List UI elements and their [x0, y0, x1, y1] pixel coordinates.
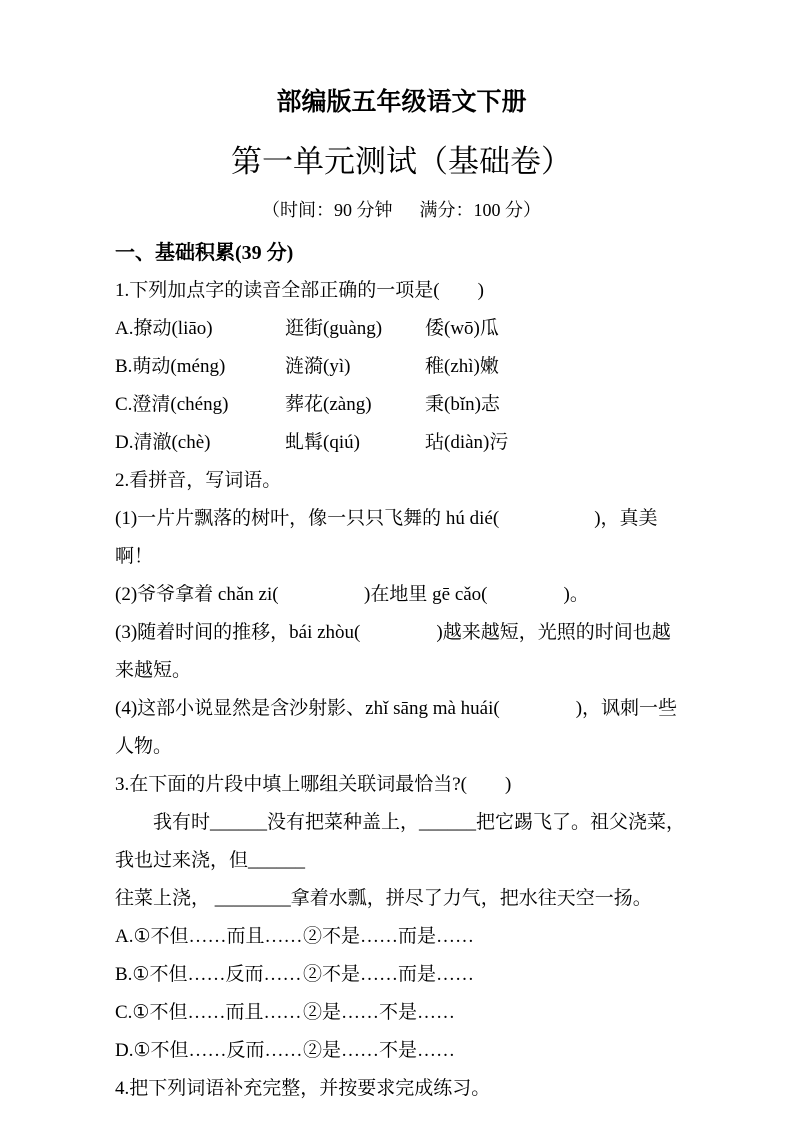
q1-option-row-a: A.撩动(liāo) 逛街(guàng) 倭(wō)瓜: [115, 310, 688, 348]
q3-option-b-pair-1: B.①不但……反而……: [115, 956, 303, 994]
q1-option-c-word-3: 秉(bǐn)志: [425, 386, 688, 424]
q1-option-d-word-2: 虬髯(qiú): [285, 424, 425, 462]
test-paper-page: 部编版五年级语文下册 第一单元测试（基础卷） （时间：90 分钟 满分：100 …: [0, 0, 794, 1123]
q1-option-b-word-2: 涟漪(yì): [285, 348, 425, 386]
question-2-stem: 2.看拼音，写词语。: [115, 462, 688, 500]
q2-item-3-line-1: (3)随着时间的推移，bái zhòu( )越来越短，光照的时间也越: [115, 614, 688, 652]
question-4-stem: 4.把下列词语补充完整，并按要求完成练习。: [115, 1070, 688, 1108]
q3-option-row-c: C.①不但……而且…… ②是……不是……: [115, 994, 688, 1032]
question-3-stem: 3.在下面的片段中填上哪组关联词最恰当?( ): [115, 766, 688, 804]
q3-passage-line-2: 我也过来浇，但______: [115, 842, 688, 880]
q3-option-c-pair-1: C.①不但……而且……: [115, 994, 303, 1032]
q1-option-a-word-2: 逛街(guàng): [285, 310, 425, 348]
q3-option-row-a: A.①不但……而且…… ②不是……而是……: [115, 918, 688, 956]
question-1-stem: 1.下列加点字的读音全部正确的一项是( ): [115, 272, 688, 310]
test-body: 一、基础积累(39 分) 1.下列加点字的读音全部正确的一项是( ) A.撩动(…: [115, 234, 688, 1108]
q1-option-d-word-3: 玷(diàn)污: [425, 424, 688, 462]
q1-option-b-word-1: B.萌动(méng): [115, 348, 285, 386]
q1-option-c-word-2: 葬花(zàng): [285, 386, 425, 424]
q1-option-a-word-3: 倭(wō)瓜: [425, 310, 688, 348]
q2-item-4-line-2: 人物。: [115, 728, 688, 766]
q1-option-row-d: D.清澈(chè) 虬髯(qiú) 玷(diàn)污: [115, 424, 688, 462]
q1-option-d-word-1: D.清澈(chè): [115, 424, 285, 462]
section-1-heading: 一、基础积累(39 分): [115, 234, 688, 272]
q1-option-b-word-3: 稚(zhì)嫩: [425, 348, 688, 386]
q3-option-a-pair-2: ②不是……而是……: [303, 918, 688, 956]
q2-item-2: (2)爷爷拿着 chǎn zi( )在地里 gē cǎo( )。: [115, 576, 688, 614]
q3-option-d-pair-1: D.①不但……反而……: [115, 1032, 303, 1070]
q2-item-3-line-2: 来越短。: [115, 652, 688, 690]
q3-option-row-d: D.①不但……反而…… ②是……不是……: [115, 1032, 688, 1070]
book-title: 部编版五年级语文下册: [115, 88, 688, 118]
q3-option-b-pair-2: ②不是……而是……: [303, 956, 688, 994]
q3-option-d-pair-2: ②是……不是……: [303, 1032, 688, 1070]
q3-option-a-pair-1: A.①不但……而且……: [115, 918, 303, 956]
q2-item-4-line-1: (4)这部小说显然是含沙射影、zhǐ sāng mà huái( )，讽刺一些: [115, 690, 688, 728]
q3-option-row-b: B.①不但……反而…… ②不是……而是……: [115, 956, 688, 994]
q2-item-1: (1)一片片飘落的树叶，像一只只飞舞的 hú dié( )，真美啊！: [115, 500, 688, 576]
q1-option-a-word-1: A.撩动(liāo): [115, 310, 285, 348]
q1-option-row-b: B.萌动(méng) 涟漪(yì) 稚(zhì)嫩: [115, 348, 688, 386]
time-score-line: （时间：90 分钟 满分：100 分）: [115, 198, 688, 222]
q3-option-c-pair-2: ②是……不是……: [303, 994, 688, 1032]
q1-option-row-c: C.澄清(chéng) 葬花(zàng) 秉(bǐn)志: [115, 386, 688, 424]
q3-passage-line-3: 往菜上浇， ________拿着水瓢，拼尽了力气，把水往天空一扬。: [115, 880, 688, 918]
q1-option-c-word-1: C.澄清(chéng): [115, 386, 285, 424]
test-title: 第一单元测试（基础卷）: [115, 142, 688, 182]
q3-passage-line-1: 我有时______没有把菜种盖上，______把它踢飞了。祖父浇菜，: [115, 804, 688, 842]
